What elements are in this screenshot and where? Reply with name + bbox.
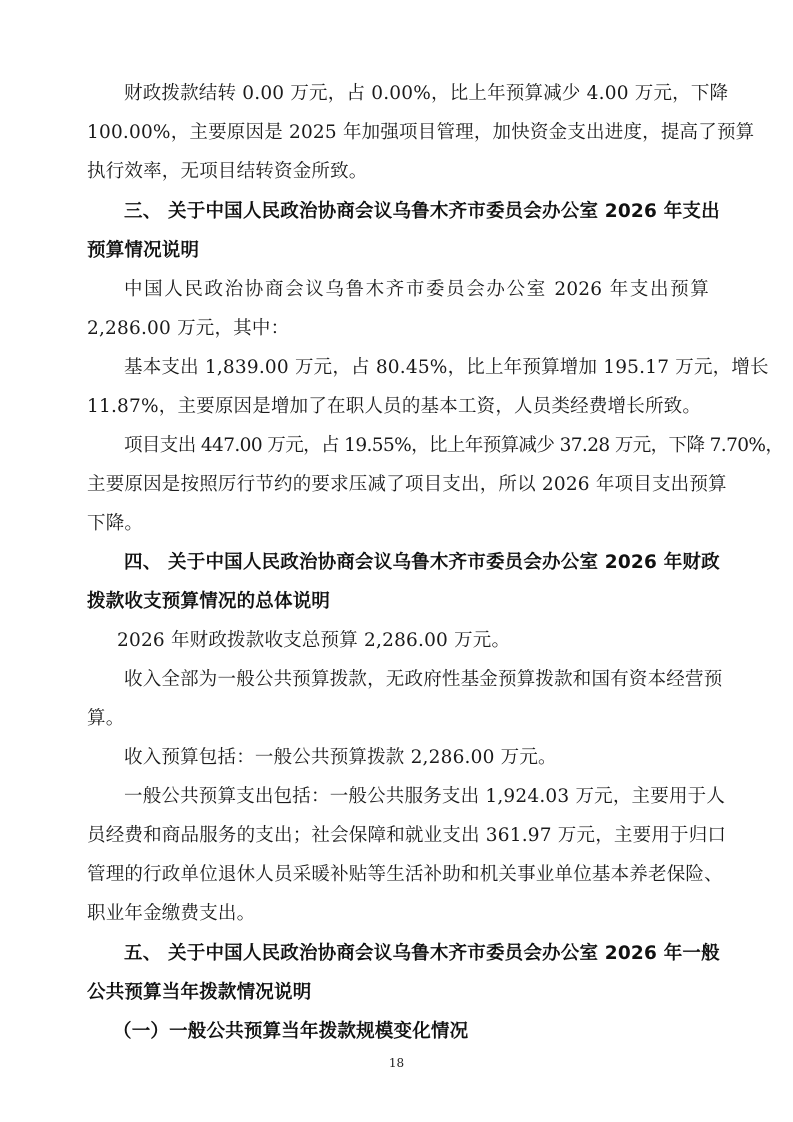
subsection-heading-5-1: （一）一般公共预算当年拨款规模变化情况	[113, 1020, 468, 1044]
paragraph-general-expense: 职业年金缴费支出。	[87, 902, 255, 926]
paragraph-fiscal-total: 2026 年财政拨款收支总预算 2,286.00 万元。	[117, 629, 510, 653]
paragraph-general-expense: 员经费和商品服务的支出；社会保障和就业支出 361.97 万元，主要用于归口	[87, 824, 709, 848]
paragraph-basic-expense: 基本支出 1,839.00 万元，占 80.45%，比上年预算增加 195.17…	[124, 356, 709, 380]
paragraph-carryover-line: 财政拨款结转 0.00 万元，占 0.00%，比上年预算减少 4.00 万元，下…	[124, 82, 709, 106]
section-heading-5-cont: 公共预算当年拨款情况说明	[87, 981, 311, 1005]
paragraph-income-source: 收入全部为一般公共预算拨款，无政府性基金预算拨款和国有资本经营预	[124, 668, 709, 692]
paragraph-carryover-line: 执行效率，无项目结转资金所致。	[87, 160, 368, 184]
paragraph-general-expense: 一般公共预算支出包括：一般公共服务支出 1,924.03 万元，主要用于人	[124, 785, 709, 809]
section-heading-5: 五、 关于中国人民政治协商会议乌鲁木齐市委员会办公室 2026 年一般	[124, 942, 709, 966]
paragraph-project-expense: 项目支出 447.00 万元，占 19.55%，比上年预算减少 37.28 万元…	[124, 434, 709, 458]
paragraph-carryover-line: 100.00%，主要原因是 2025 年加强项目管理，加快资金支出进度，提高了预…	[87, 121, 709, 145]
paragraph-total-expense: 中国人民政治协商会议乌鲁木齐市委员会办公室 2026 年支出预算	[124, 278, 709, 302]
paragraph-total-expense: 2,286.00 万元，其中：	[87, 317, 289, 341]
paragraph-basic-expense: 11.87%，主要原因是增加了在职人员的基本工资，人员类经费增长所致。	[87, 395, 701, 419]
paragraph-general-expense: 管理的行政单位退休人员采暖补贴等生活补助和机关事业单位基本养老保险、	[87, 863, 709, 887]
paragraph-project-expense: 主要原因是按照厉行节约的要求压减了项目支出，所以 2026 年项目支出预算	[87, 473, 709, 497]
paragraph-income-budget: 收入预算包括：一般公共预算拨款 2,286.00 万元。	[124, 746, 557, 770]
section-heading-3-cont: 预算情况说明	[87, 239, 199, 263]
section-heading-4: 四、 关于中国人民政治协商会议乌鲁木齐市委员会办公室 2026 年财政	[124, 551, 709, 575]
section-heading-3: 三、 关于中国人民政治协商会议乌鲁木齐市委员会办公室 2026 年支出	[124, 200, 709, 224]
paragraph-project-expense: 下降。	[87, 512, 143, 536]
section-heading-4-cont: 拨款收支预算情况的总体说明	[87, 590, 330, 614]
page-number: 18	[0, 1056, 793, 1070]
paragraph-income-source: 算。	[87, 707, 124, 731]
